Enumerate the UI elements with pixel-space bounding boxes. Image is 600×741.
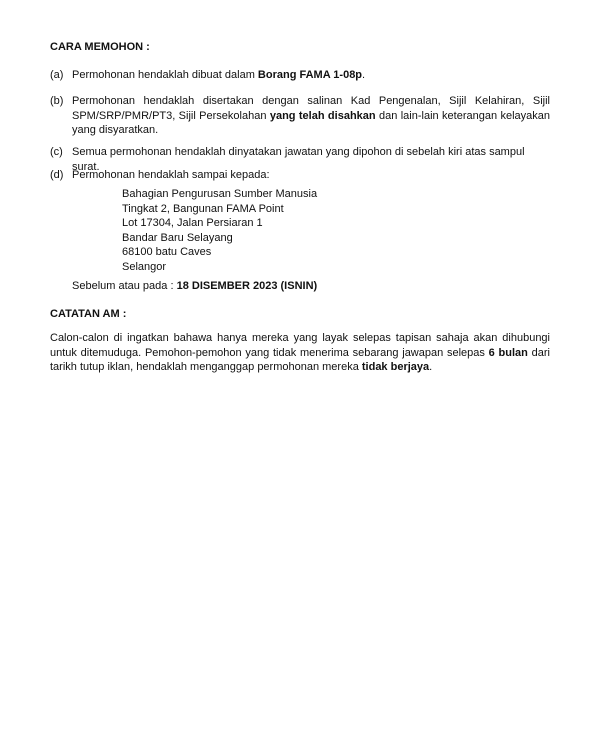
list-marker: (d) [50,168,72,183]
text-segment: . [362,69,365,81]
address-line: Bahagian Pengurusan Sumber Manusia [122,187,317,202]
list-marker: (a) [50,68,72,83]
deadline-date: 18 DISEMBER 2023 (ISNIN) [177,280,318,292]
list-item-text: Permohonan hendaklah disertakan dengan s… [72,94,550,138]
address-line: Bandar Baru Selayang [122,231,317,246]
general-notes-paragraph: Calon-calon di ingatkan bahawa hanya mer… [50,331,550,375]
list-item-text: Permohonan hendaklah dibuat dalam Borang… [72,68,550,83]
address-line: Tingkat 2, Bangunan FAMA Point [122,202,317,217]
general-notes-heading: CATATAN AM : [50,307,126,322]
text-segment: Permohonan hendaklah dibuat dalam [72,69,258,81]
address-line: Selangor [122,260,317,275]
mailing-address: Bahagian Pengurusan Sumber Manusia Tingk… [122,187,317,274]
list-item-d: (d) Permohonan hendaklah sampai kepada: [50,168,550,183]
address-line: Lot 17304, Jalan Persiaran 1 [122,216,317,231]
address-line: 68100 batu Caves [122,245,317,260]
text-segment: Calon-calon di ingatkan bahawa hanya mer… [50,332,550,359]
list-item-a: (a) Permohonan hendaklah dibuat dalam Bo… [50,68,550,83]
text-segment: . [429,361,432,373]
how-to-apply-heading: CARA MEMOHON : [50,40,150,55]
deadline: Sebelum atau pada : 18 DISEMBER 2023 (IS… [72,279,317,294]
bold-form-name: Borang FAMA 1-08p [258,69,362,81]
bold-unsuccessful: tidak berjaya [362,361,429,373]
list-item-text: Permohonan hendaklah sampai kepada: [72,168,550,183]
list-marker: (c) [50,145,72,160]
bold-duration: 6 bulan [489,347,528,359]
bold-certified: yang telah disahkan [270,110,376,122]
deadline-label: Sebelum atau pada : [72,280,177,292]
list-marker: (b) [50,94,72,109]
list-item-b: (b) Permohonan hendaklah disertakan deng… [50,94,550,138]
